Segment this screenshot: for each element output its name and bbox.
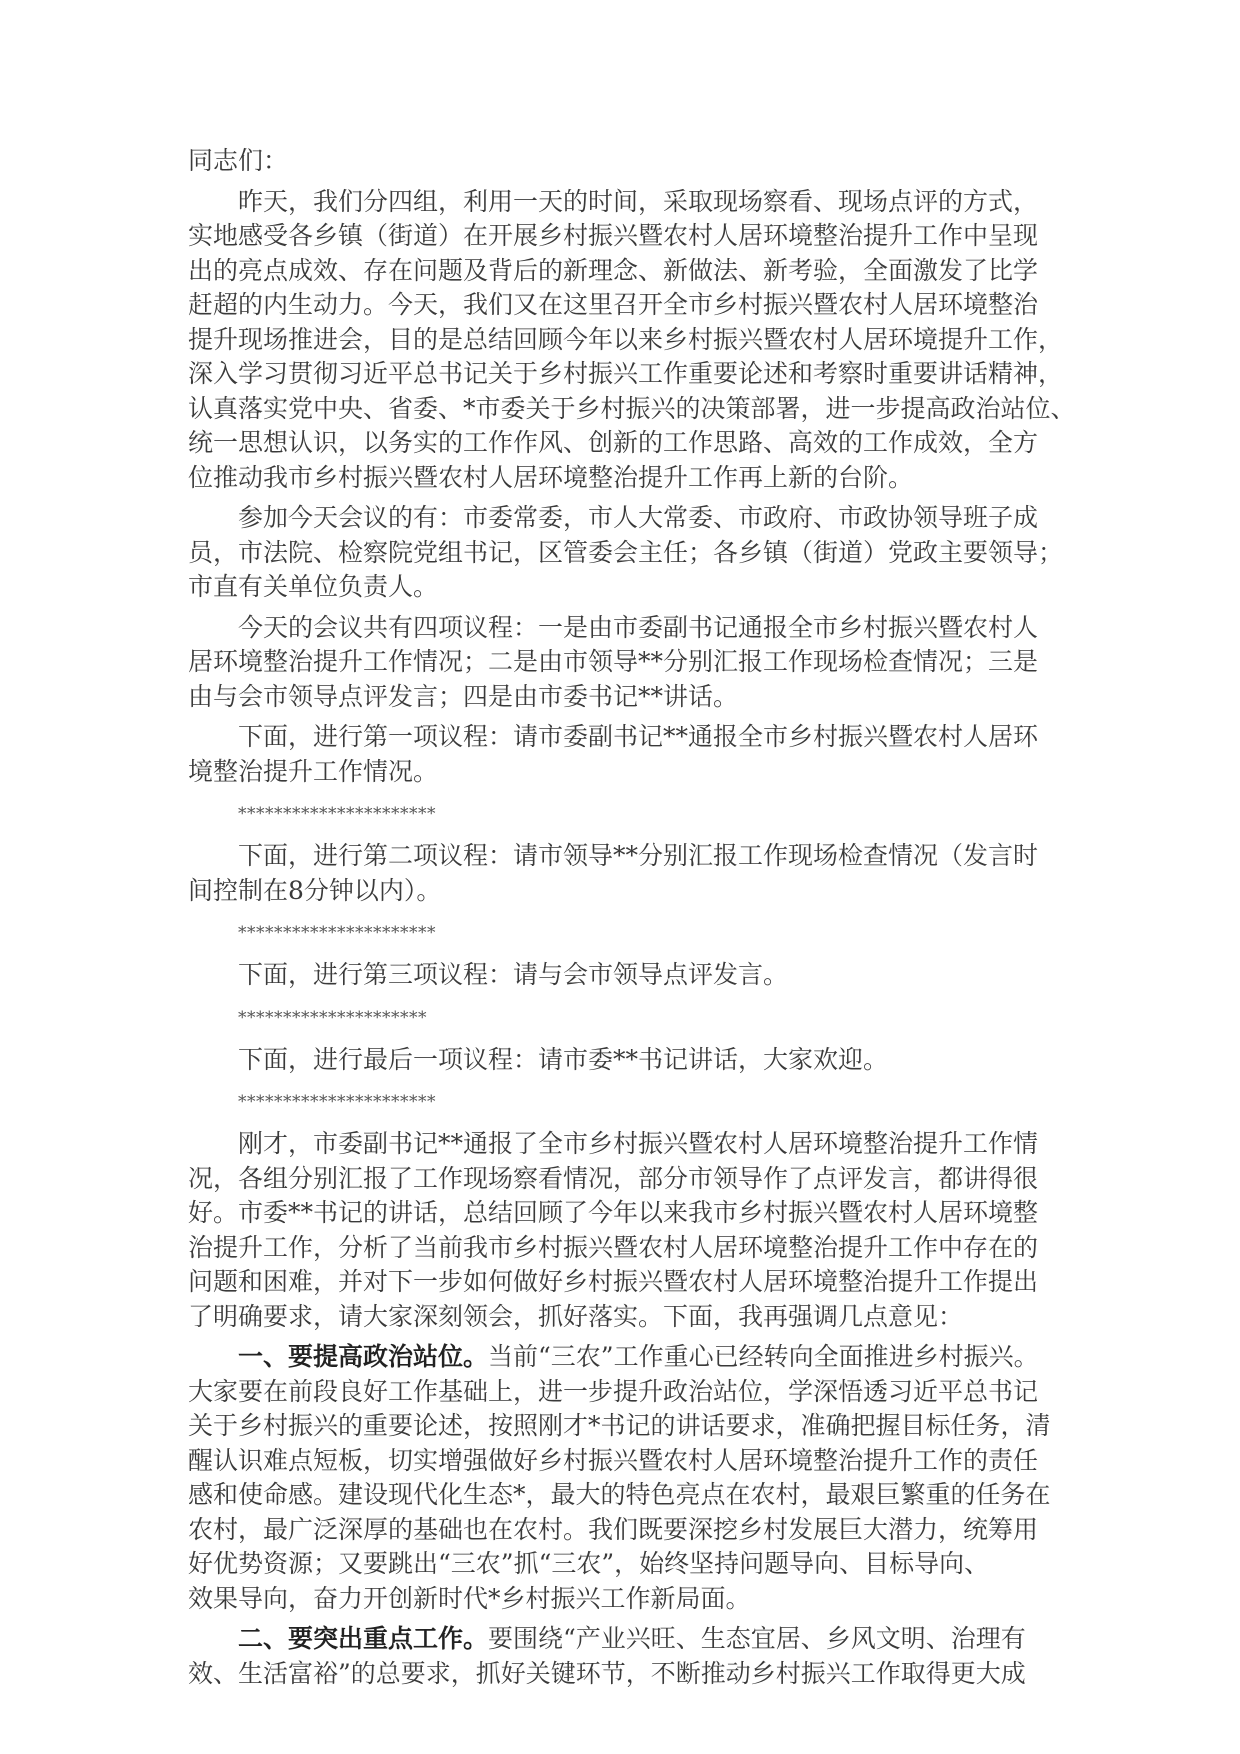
text-line: 好优势资源；又要跳出“三农”抓“三农”，始终坚持问题导向、目标导向、: [188, 1547, 1078, 1582]
text-line: 员，市法院、检察院党组书记，区管委会主任；各乡镇（街道）党政主要领导；: [188, 536, 1078, 571]
paragraph-attendees: 参加今天会议的有：市委常委，市人大常委、市政府、市政协领导班子成 员，市法院、检…: [188, 501, 1078, 605]
placeholder-stars: **********************: [188, 1083, 1078, 1121]
text-line: 效、生活富裕”的总要求，抓好关键环节，不断推动乡村振兴工作取得更大成: [188, 1657, 1078, 1692]
text-line: 统一思想认识，以务实的工作作风、创新的工作思路、高效的工作成效，全方: [188, 426, 1078, 461]
stars-line: **********************: [188, 914, 1078, 952]
paragraph-opening: 昨天，我们分四组，利用一天的时间，采取现场察看、现场点评的方式， 实地感受各乡镇…: [188, 185, 1078, 496]
text-line: 大家要在前段良好工作基础上，进一步提升政治站位，学深悟透习近平总书记: [188, 1375, 1078, 1410]
section-heading: 一、要提高政治站位。: [238, 1342, 488, 1371]
text-line: 居环境整治提升工作情况；二是由市领导**分别汇报工作现场检查情况；三是: [188, 645, 1078, 680]
placeholder-stars: *********************: [188, 999, 1078, 1037]
salutation: 同志们：: [188, 144, 1078, 179]
text-line: 下面，进行最后一项议程：请市委**书记讲话，大家欢迎。: [188, 1043, 1078, 1078]
text-line: 出的亮点成效、存在问题及背后的新理念、新做法、新考验，全面激发了比学: [188, 254, 1078, 289]
text-line: 今天的会议共有四项议程：一是由市委副书记通报全市乡村振兴暨农村人: [188, 611, 1078, 646]
text-line: 农村，最广泛深厚的基础也在农村。我们既要深挖乡村发展巨大潜力，统筹用: [188, 1513, 1078, 1548]
text-line: 好。市委**书记的讲话，总结回顾了今年以来我市乡村振兴暨农村人居环境整: [188, 1196, 1078, 1231]
paragraph-point-1: 一、要提高政治站位。当前“三农”工作重心已经转向全面推进乡村振兴。 大家要在前段…: [188, 1340, 1078, 1616]
text-line: 市直有关单位负责人。: [188, 570, 1078, 605]
text-line: 由与会市领导点评发言；四是由市委书记**讲话。: [188, 680, 1078, 715]
text-line: 参加今天会议的有：市委常委，市人大常委、市政府、市政协领导班子成: [188, 501, 1078, 536]
text-line: 关于乡村振兴的重要论述，按照刚才*书记的讲话要求，准确把握目标任务，清: [188, 1409, 1078, 1444]
text-line: 实地感受各乡镇（街道）在开展乡村振兴暨农村人居环境整治提升工作中呈现: [188, 219, 1078, 254]
paragraph-agenda-item-2: 下面，进行第二项议程：请市领导**分别汇报工作现场检查情况（发言时 间控制在8分…: [188, 839, 1078, 908]
document-page: 同志们： 昨天，我们分四组，利用一天的时间，采取现场察看、现场点评的方式， 实地…: [188, 144, 1078, 1697]
text-line: 下面，进行第一项议程：请市委副书记**通报全市乡村振兴暨农村人居环: [188, 720, 1078, 755]
text-line: 认真落实党中央、省委、*市委关于乡村振兴的决策部署，进一步提高政治站位、: [188, 392, 1078, 427]
text-run: 当前“三农”工作重心已经转向全面推进乡村振兴。: [488, 1342, 1039, 1371]
stars-line: **********************: [188, 795, 1078, 833]
paragraph-point-2: 二、要突出重点工作。要围绕“产业兴旺、生态宜居、乡风文明、治理有 效、生活富裕”…: [188, 1622, 1078, 1691]
text-line: 感和使命感。建设现代化生态*，最大的特色亮点在农村，最艰巨繁重的任务在: [188, 1478, 1078, 1513]
text-line: 下面，进行第三项议程：请与会市领导点评发言。: [188, 958, 1078, 993]
text-line: 间控制在8分钟以内）。: [188, 874, 1078, 909]
paragraph-agenda-item-3: 下面，进行第三项议程：请与会市领导点评发言。: [188, 958, 1078, 993]
text-line: 昨天，我们分四组，利用一天的时间，采取现场察看、现场点评的方式，: [188, 185, 1078, 220]
text-line: 境整治提升工作情况。: [188, 755, 1078, 790]
text-run: 要围绕“产业兴旺、生态宜居、乡风文明、治理有: [488, 1624, 1026, 1653]
text-line: 深入学习贯彻习近平总书记关于乡村振兴工作重要论述和考察时重要讲话精神，: [188, 357, 1078, 392]
text-line: 赶超的内生动力。今天，我们又在这里召开全市乡村振兴暨农村人居环境整治: [188, 288, 1078, 323]
paragraph-summary: 刚才，市委副书记**通报了全市乡村振兴暨农村人居环境整治提升工作情 况，各组分别…: [188, 1127, 1078, 1334]
text-line: 况，各组分别汇报了工作现场察看情况，部分市领导作了点评发言，都讲得很: [188, 1162, 1078, 1197]
text-line: 效果导向，奋力开创新时代*乡村振兴工作新局面。: [188, 1582, 1078, 1617]
paragraph-agenda-item-1: 下面，进行第一项议程：请市委副书记**通报全市乡村振兴暨农村人居环 境整治提升工…: [188, 720, 1078, 789]
text-line: 问题和困难，并对下一步如何做好乡村振兴暨农村人居环境整治提升工作提出: [188, 1265, 1078, 1300]
text-line: 醒认识难点短板，切实增强做好乡村振兴暨农村人居环境整治提升工作的责任: [188, 1444, 1078, 1479]
text-line: 下面，进行第二项议程：请市领导**分别汇报工作现场检查情况（发言时: [188, 839, 1078, 874]
paragraph-agenda-item-4: 下面，进行最后一项议程：请市委**书记讲话，大家欢迎。: [188, 1043, 1078, 1078]
stars-line: *********************: [188, 999, 1078, 1037]
text-line: 提升现场推进会，目的是总结回顾今年以来乡村振兴暨农村人居环境提升工作，: [188, 323, 1078, 358]
text-line: 治提升工作，分析了当前我市乡村振兴暨农村人居环境整治提升工作中存在的: [188, 1231, 1078, 1266]
paragraph-agenda: 今天的会议共有四项议程：一是由市委副书记通报全市乡村振兴暨农村人 居环境整治提升…: [188, 611, 1078, 715]
text-line: 刚才，市委副书记**通报了全市乡村振兴暨农村人居环境整治提升工作情: [188, 1127, 1078, 1162]
text-line: 位推动我市乡村振兴暨农村人居环境整治提升工作再上新的台阶。: [188, 461, 1078, 496]
section-heading: 二、要突出重点工作。: [238, 1624, 488, 1653]
placeholder-stars: **********************: [188, 914, 1078, 952]
text-line: 一、要提高政治站位。当前“三农”工作重心已经转向全面推进乡村振兴。: [188, 1340, 1078, 1375]
placeholder-stars: **********************: [188, 795, 1078, 833]
text-line: 了明确要求，请大家深刻领会，抓好落实。下面，我再强调几点意见：: [188, 1300, 1078, 1335]
stars-line: **********************: [188, 1083, 1078, 1121]
salutation-text: 同志们：: [188, 144, 1078, 179]
text-line: 二、要突出重点工作。要围绕“产业兴旺、生态宜居、乡风文明、治理有: [188, 1622, 1078, 1657]
